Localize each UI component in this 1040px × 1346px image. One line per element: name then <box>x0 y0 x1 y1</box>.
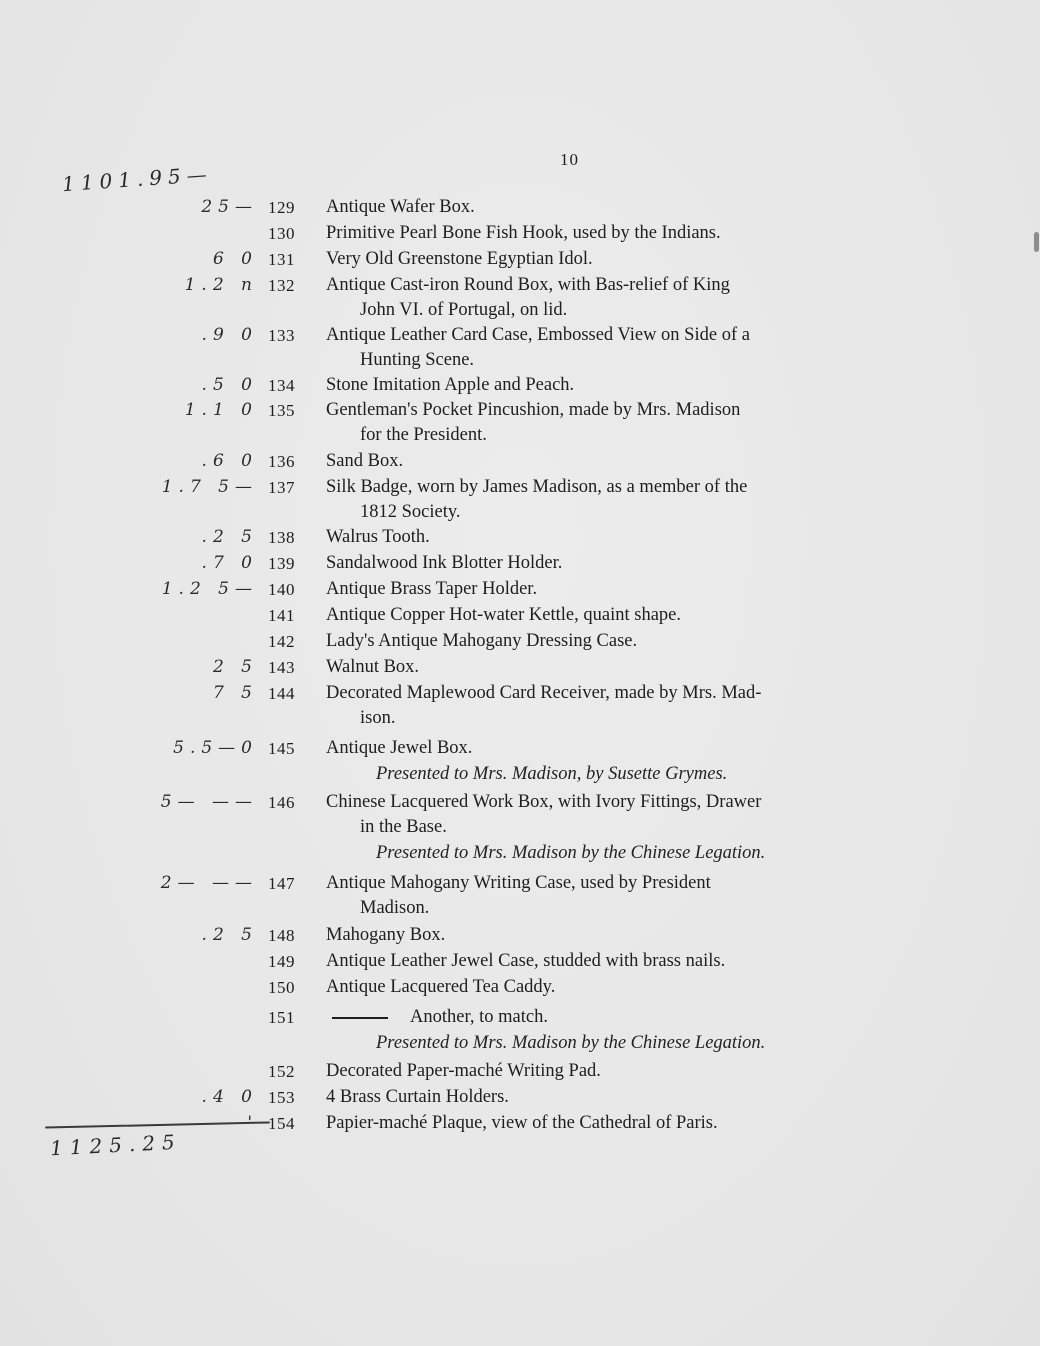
lot-number: 145 <box>268 736 312 761</box>
lot-number: 129 <box>268 195 312 220</box>
catalog-entry: 141 Antique Copper Hot-water Kettle, qua… <box>0 603 1040 628</box>
lot-number: 140 <box>268 577 312 602</box>
lot-description: Antique Brass Taper Holder. <box>326 577 866 602</box>
lot-description: Gentleman's Pocket Pincushion, made by M… <box>326 398 866 448</box>
catalog-entry: .2 5 148 Mahogany Box. <box>0 923 1040 948</box>
catalog-entry: .9 0 133 Antique Leather Card Case, Embo… <box>0 323 1040 373</box>
lot-description: Another, to match. <box>326 1005 866 1030</box>
catalog-entry: 150 Antique Lacquered Tea Caddy. <box>0 975 1040 1000</box>
catalog-entries: 25— 129 Antique Wafer Box. 130 Primitive… <box>0 195 1040 1136</box>
lot-number: 143 <box>268 655 312 680</box>
handwritten-price: .6 0 <box>58 449 258 474</box>
lot-number: 144 <box>268 681 312 706</box>
handwritten-price: .4 0 <box>58 1085 258 1110</box>
catalog-entry: 1.2 5— 140 Antique Brass Taper Holder. <box>0 577 1040 602</box>
lot-description: Decorated Maplewood Card Receiver, made … <box>326 681 866 731</box>
handwritten-price: 1.1 0 <box>58 398 258 423</box>
lot-description: Antique Cast-iron Round Box, with Bas-re… <box>326 273 866 323</box>
lot-number: 136 <box>268 449 312 474</box>
handwritten-price: 7 5 <box>58 681 258 706</box>
page-number: 10 <box>560 150 579 170</box>
handwritten-price: .2 5 <box>58 923 258 948</box>
lot-number: 132 <box>268 273 312 298</box>
lot-description: Antique Mahogany Writing Case, used by P… <box>326 871 866 921</box>
lot-description: Antique Wafer Box. <box>326 195 866 220</box>
catalog-entry: 1.1 0 135 Gentleman's Pocket Pincushion,… <box>0 398 1040 448</box>
lot-description: 4 Brass Curtain Holders. <box>326 1085 866 1110</box>
lot-number: 141 <box>268 603 312 628</box>
catalog-entry: 2 5 143 Walnut Box. <box>0 655 1040 680</box>
catalog-entry: 7 5 144 Decorated Maplewood Card Receive… <box>0 681 1040 731</box>
lot-description: Decorated Paper-maché Writing Pad. <box>326 1059 866 1084</box>
lot-number: 130 <box>268 221 312 246</box>
lot-description: Antique Jewel Box. <box>326 736 866 761</box>
catalog-entry: .7 0 139 Sandalwood Ink Blotter Holder. <box>0 551 1040 576</box>
catalog-entry: .4 0 153 4 Brass Curtain Holders. <box>0 1085 1040 1110</box>
lot-number: 152 <box>268 1059 312 1084</box>
catalog-entry: 130 Primitive Pearl Bone Fish Hook, used… <box>0 221 1040 246</box>
scan-edge-mark <box>1034 232 1039 252</box>
catalog-entry: .5 0 134 Stone Imitation Apple and Peach… <box>0 373 1040 398</box>
lot-number: 150 <box>268 975 312 1000</box>
catalog-entry: 1.2 n 132 Antique Cast-iron Round Box, w… <box>0 273 1040 323</box>
catalog-entry: 5.5—0 145 Antique Jewel Box. <box>0 736 1040 761</box>
lot-number: 151 <box>268 1005 312 1030</box>
catalog-entry: 152 Decorated Paper-maché Writing Pad. <box>0 1059 1040 1084</box>
handwritten-price: 5.5—0 <box>58 736 258 761</box>
handwritten-price: 1.7 5— <box>58 475 258 500</box>
lot-number: 142 <box>268 629 312 654</box>
handwritten-price: .9 0 <box>58 323 258 348</box>
ditto-dash <box>332 1017 388 1019</box>
lot-description: Antique Lacquered Tea Caddy. <box>326 975 866 1000</box>
lot-number: 153 <box>268 1085 312 1110</box>
lot-number: 138 <box>268 525 312 550</box>
catalog-entry: 2— —— 147 Antique Mahogany Writing Case,… <box>0 871 1040 921</box>
lot-description: Stone Imitation Apple and Peach. <box>326 373 866 398</box>
handwritten-price: 5— —— <box>58 790 258 815</box>
lot-number: 148 <box>268 923 312 948</box>
lot-description: Silk Badge, worn by James Madison, as a … <box>326 475 866 525</box>
lot-number: 134 <box>268 373 312 398</box>
catalog-entry: 151 Another, to match. <box>0 1005 1040 1030</box>
provenance-note: Presented to Mrs. Madison, by Susette Gr… <box>376 761 876 788</box>
catalog-entry: .2 5 138 Walrus Tooth. <box>0 525 1040 550</box>
lot-number: 133 <box>268 323 312 348</box>
catalog-entry: 142 Lady's Antique Mahogany Dressing Cas… <box>0 629 1040 654</box>
lot-description: Primitive Pearl Bone Fish Hook, used by … <box>326 221 866 246</box>
lot-number: 139 <box>268 551 312 576</box>
provenance-note: Presented to Mrs. Madison by the Chinese… <box>376 840 876 867</box>
lot-description: Sand Box. <box>326 449 866 474</box>
lot-description: Very Old Greenstone Egyptian Idol. <box>326 247 866 272</box>
handwritten-price: 1.2 5— <box>58 577 258 602</box>
handwritten-price: 6 0 <box>58 247 258 272</box>
handwritten-price: .7 0 <box>58 551 258 576</box>
handwritten-running-total: 1101.95— <box>61 162 213 196</box>
catalog-entry: .6 0 136 Sand Box. <box>0 449 1040 474</box>
lot-description: Sandalwood Ink Blotter Holder. <box>326 551 866 576</box>
lot-number: 154 <box>268 1111 312 1136</box>
lot-description: Mahogany Box. <box>326 923 866 948</box>
lot-description: Papier-maché Plaque, view of the Cathedr… <box>326 1111 866 1136</box>
handwritten-price: .5 0 <box>58 373 258 398</box>
provenance-note: Presented to Mrs. Madison by the Chinese… <box>376 1030 876 1057</box>
lot-number: 146 <box>268 790 312 815</box>
lot-description: Antique Leather Jewel Case, studded with… <box>326 949 866 974</box>
lot-number: 131 <box>268 247 312 272</box>
catalog-entry: 25— 129 Antique Wafer Box. <box>0 195 1040 220</box>
catalog-page: 10 1101.95— 25— 129 Antique Wafer Box. 1… <box>0 0 1040 1346</box>
lot-description: Antique Copper Hot-water Kettle, quaint … <box>326 603 866 628</box>
handwritten-price: 2— —— <box>58 871 258 896</box>
lot-number: 137 <box>268 475 312 500</box>
lot-number: 149 <box>268 949 312 974</box>
lot-number: 135 <box>268 398 312 423</box>
lot-description: Walnut Box. <box>326 655 866 680</box>
handwritten-price: 1.2 n <box>58 273 258 298</box>
lot-number: 147 <box>268 871 312 896</box>
catalog-entry: 149 Antique Leather Jewel Case, studded … <box>0 949 1040 974</box>
handwritten-price: .2 5 <box>58 525 258 550</box>
lot-description: Chinese Lacquered Work Box, with Ivory F… <box>326 790 866 840</box>
lot-description: Lady's Antique Mahogany Dressing Case. <box>326 629 866 654</box>
handwritten-price: 25— <box>58 195 258 220</box>
handwritten-price: 2 5 <box>58 655 258 680</box>
catalog-entry: 6 0 131 Very Old Greenstone Egyptian Ido… <box>0 247 1040 272</box>
lot-description: Walrus Tooth. <box>326 525 866 550</box>
catalog-entry: 5— —— 146 Chinese Lacquered Work Box, wi… <box>0 790 1040 840</box>
lot-description: Antique Leather Card Case, Embossed View… <box>326 323 866 373</box>
catalog-entry: 1.7 5— 137 Silk Badge, worn by James Mad… <box>0 475 1040 525</box>
